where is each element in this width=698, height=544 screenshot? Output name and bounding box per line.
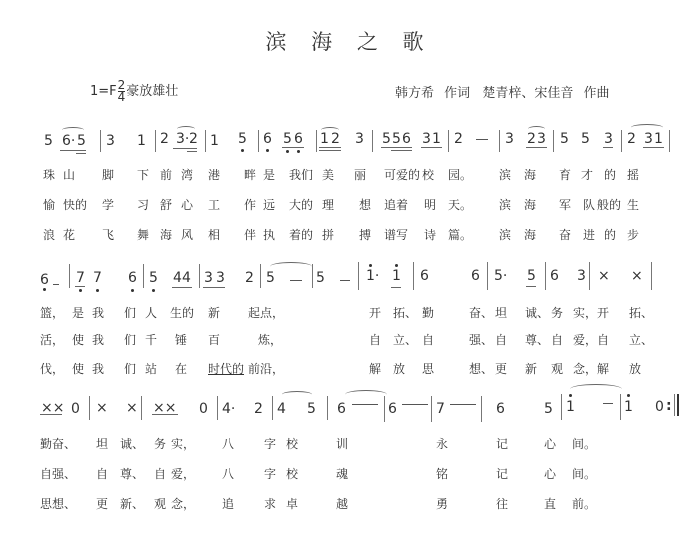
- composer-names: 楚青梓、宋佳音: [482, 86, 573, 101]
- lyric: 勤: [422, 304, 434, 321]
- lyric: 脚: [102, 166, 114, 183]
- lyric: 卓: [286, 495, 298, 512]
- lyric: 自: [369, 331, 381, 348]
- lyric: 着的: [289, 226, 313, 243]
- barline: [312, 264, 313, 288]
- lyric: 记: [496, 465, 508, 482]
- note: 1: [624, 399, 633, 415]
- underline: [526, 286, 536, 287]
- lyric: 滨: [499, 166, 511, 183]
- note: 0: [655, 399, 664, 415]
- note: 1: [566, 399, 575, 415]
- note: 5: [283, 131, 292, 147]
- lyric: 下: [137, 166, 149, 183]
- note: 5: [527, 268, 536, 284]
- note: 5: [560, 131, 569, 147]
- lyric: 奋: [559, 226, 571, 243]
- lyric: 千: [145, 331, 157, 348]
- sustain-dash: [290, 280, 302, 281]
- lyric: 八: [222, 435, 234, 452]
- high-octave-dot: [395, 264, 398, 267]
- lyric: 海: [160, 226, 172, 243]
- barline: [545, 262, 546, 290]
- lyric: 尊、: [120, 465, 144, 482]
- note: 4: [277, 401, 286, 417]
- high-octave-dot: [569, 394, 572, 397]
- note: 4: [182, 270, 191, 286]
- lyric: 花: [63, 226, 75, 243]
- lyric: 铭: [436, 465, 448, 482]
- lyric: 的: [604, 166, 616, 183]
- lyric: 心: [181, 196, 193, 213]
- lyric: 观: [551, 360, 563, 377]
- lyric: 前: [160, 166, 172, 183]
- lyric: 伴: [244, 226, 256, 243]
- lyric: 远: [263, 196, 275, 213]
- note: 2: [454, 131, 463, 147]
- note: ×: [96, 400, 108, 416]
- lyric: 们: [124, 360, 136, 377]
- lyric: 念，: [573, 360, 597, 377]
- underline: [391, 287, 401, 288]
- lyric: 舒: [160, 196, 172, 213]
- note: 3·: [176, 131, 189, 147]
- lyric: 我: [92, 331, 104, 348]
- lyric: 在: [175, 360, 187, 377]
- underline: [173, 148, 197, 149]
- note: 1: [432, 131, 441, 147]
- barline: [205, 130, 206, 152]
- barline: [100, 130, 101, 152]
- underline: [282, 147, 304, 148]
- note: 1: [137, 133, 146, 149]
- lyric: 工: [208, 196, 220, 213]
- note: 0: [199, 401, 208, 417]
- lyric: 我们: [289, 166, 313, 183]
- lyric: 越: [336, 495, 348, 512]
- lyric: 天。: [448, 196, 472, 213]
- sustain-dash: [476, 139, 488, 140]
- note: 6: [128, 270, 137, 286]
- lyric: 炼，: [258, 331, 282, 348]
- note: 5: [392, 131, 401, 147]
- note: 7: [76, 270, 85, 286]
- barline: [487, 262, 488, 290]
- lyric: 字: [264, 465, 276, 482]
- note: 2: [245, 270, 254, 286]
- lyric: 坦: [495, 304, 507, 321]
- lyric: 我: [92, 304, 104, 321]
- lyric: 执: [263, 226, 275, 243]
- note: 2: [527, 131, 536, 147]
- note: 5: [266, 270, 275, 286]
- lyric: 直: [544, 495, 556, 512]
- lyric: 才: [581, 166, 593, 183]
- underline: [203, 287, 225, 288]
- lyric: 永: [436, 435, 448, 452]
- lyric: 大的: [289, 196, 313, 213]
- note: 2: [331, 131, 340, 147]
- lyric: 使: [72, 331, 84, 348]
- lyric: 坦: [96, 435, 108, 452]
- barline: [358, 262, 359, 290]
- slur: [631, 124, 663, 131]
- lyric: 校: [286, 465, 298, 482]
- lyric: 思想、: [40, 495, 76, 512]
- note: 3: [577, 268, 586, 284]
- lyric: 想: [359, 196, 371, 213]
- lyric: 是: [72, 304, 84, 321]
- tie: [345, 390, 387, 399]
- lyric: 思: [422, 360, 434, 377]
- note: 3: [106, 133, 115, 149]
- sustain-dash: [402, 404, 428, 405]
- lyric: 锤: [175, 331, 187, 348]
- note: 6: [496, 401, 505, 417]
- lyric: 立、: [393, 331, 417, 348]
- lyric: 务: [154, 435, 166, 452]
- lyric: 校: [286, 435, 298, 452]
- lyric: 谱写: [384, 226, 408, 243]
- lyric: 浪: [43, 226, 55, 243]
- lyric: 们: [124, 304, 136, 321]
- lyric: 开: [597, 304, 609, 321]
- barline: [651, 262, 652, 290]
- lyric: 新、: [120, 495, 144, 512]
- note: 0: [71, 401, 80, 417]
- lyric: 观: [154, 495, 166, 512]
- lyric: 篮，: [40, 304, 64, 321]
- lyric: 滨: [499, 196, 511, 213]
- lyric: 百: [208, 331, 220, 348]
- lyric: 风: [181, 226, 193, 243]
- barline: [89, 396, 90, 420]
- note: 5: [382, 131, 391, 147]
- lyric: 勇: [436, 495, 448, 512]
- lyric: 记: [496, 435, 508, 452]
- lyric: 快的: [63, 196, 87, 213]
- lyric: 往: [496, 495, 508, 512]
- lyric: 步: [627, 226, 639, 243]
- underline: [603, 147, 613, 148]
- note: 5: [238, 131, 247, 147]
- lyric: 前沿，: [248, 360, 284, 377]
- lyric: 使: [72, 360, 84, 377]
- lyric: 爱，: [573, 331, 597, 348]
- note: 3: [604, 131, 613, 147]
- barline: [372, 130, 373, 152]
- slur: [177, 126, 195, 132]
- barline: [561, 394, 562, 420]
- barline: [431, 396, 432, 422]
- note: 3: [355, 131, 364, 147]
- low-octave-dot: [241, 149, 244, 152]
- time-signature: 24: [118, 80, 126, 103]
- sustain-dash: [603, 403, 613, 404]
- lyric: 间。: [572, 435, 596, 452]
- lyric: 港: [208, 166, 220, 183]
- lyric: 海: [524, 196, 536, 213]
- lyric: 伐，: [40, 360, 64, 377]
- low-octave-dot: [96, 289, 99, 292]
- barline: [620, 394, 621, 420]
- lyric: 更: [96, 495, 108, 512]
- slur: [321, 127, 339, 133]
- barline: [141, 396, 142, 420]
- lyric: 海: [524, 226, 536, 243]
- note: 3: [422, 131, 431, 147]
- note: 7: [436, 401, 445, 417]
- barline: [258, 130, 259, 152]
- underline: [152, 414, 178, 415]
- repeat-barline-thick: [677, 394, 679, 416]
- barline: [499, 130, 500, 152]
- lyric: 间。: [572, 465, 596, 482]
- barline: [621, 130, 622, 152]
- lyric: 拓、: [393, 304, 417, 321]
- barline: [448, 130, 449, 152]
- underline: [391, 150, 412, 151]
- lyric: 山: [63, 166, 75, 183]
- lyric: 心: [544, 435, 556, 452]
- lyricist-name: 韩方希: [395, 86, 434, 101]
- note: 6: [550, 268, 559, 284]
- barline: [199, 264, 200, 288]
- underline: [526, 147, 547, 148]
- lyric: 生: [627, 196, 639, 213]
- lyric: 海: [524, 166, 536, 183]
- note: 5: [316, 270, 325, 286]
- note: 5: [307, 401, 316, 417]
- low-octave-dot: [131, 289, 134, 292]
- note: 6: [263, 131, 272, 147]
- slur: [528, 126, 545, 132]
- lyric: 们: [124, 331, 136, 348]
- note: 3: [537, 131, 546, 147]
- lyric: 放: [629, 360, 641, 377]
- lyric: 务: [551, 304, 563, 321]
- lyric: 丽: [354, 166, 366, 183]
- note: 6: [294, 131, 303, 147]
- repeat-colon: :: [666, 398, 672, 414]
- note: 6·: [62, 133, 75, 149]
- lyric: 进: [583, 226, 595, 243]
- high-octave-dot: [369, 264, 372, 267]
- lyric: 美: [322, 166, 334, 183]
- tie: [570, 384, 622, 394]
- lyric: 自: [551, 331, 563, 348]
- barline: [553, 130, 554, 152]
- lyricist-role: 作词: [444, 86, 470, 101]
- lyric: 愉: [43, 196, 55, 213]
- lyric: 起点，: [248, 304, 284, 321]
- composer-role: 作曲: [583, 86, 609, 101]
- note: 6: [471, 268, 480, 284]
- barline: [143, 264, 144, 288]
- lyric: 园。: [448, 166, 472, 183]
- note: 5: [581, 131, 590, 147]
- underline: [643, 147, 664, 148]
- lyric: 字: [264, 435, 276, 452]
- note: 4: [173, 270, 182, 286]
- barline: [327, 396, 328, 420]
- low-octave-dot: [286, 150, 289, 153]
- barline: [481, 396, 482, 422]
- lyric: 前。: [572, 495, 596, 512]
- lyric: 校: [422, 166, 434, 183]
- lyric: 般的: [597, 196, 621, 213]
- underline: [319, 147, 341, 148]
- lyric: 追: [222, 495, 234, 512]
- lyric: 更: [495, 360, 507, 377]
- note: 3: [216, 270, 225, 286]
- lyric: 人: [145, 304, 157, 321]
- lyric: 作: [244, 196, 256, 213]
- note: 2: [627, 131, 636, 147]
- barline: [413, 262, 414, 290]
- barline: [69, 264, 70, 288]
- underline: [60, 150, 86, 151]
- note: 1·: [366, 268, 379, 284]
- lyric: 自: [422, 331, 434, 348]
- barline: [384, 396, 385, 422]
- underline: [421, 147, 442, 148]
- note: 7: [93, 270, 102, 286]
- lyric: 奋、: [469, 304, 493, 321]
- lyric: 队: [583, 196, 595, 213]
- note: 1: [320, 131, 329, 147]
- lyric: 强、: [469, 331, 493, 348]
- low-octave-dot: [297, 150, 300, 153]
- lyric: 学: [102, 196, 114, 213]
- lyric: 习: [137, 196, 149, 213]
- lyric: 自: [495, 331, 507, 348]
- lyric: 搏: [359, 226, 371, 243]
- underline: [76, 153, 86, 154]
- low-octave-dot: [43, 288, 46, 291]
- lyric: 时代的: [208, 360, 244, 377]
- underline: [75, 286, 85, 287]
- lyric: 放: [393, 360, 405, 377]
- note: 5: [149, 270, 158, 286]
- lyric: 是: [263, 166, 275, 183]
- low-octave-dot: [152, 289, 155, 292]
- lyric: 新: [525, 360, 537, 377]
- lyric: 实，: [171, 435, 195, 452]
- note: ×: [126, 400, 138, 416]
- tempo-marking: 豪放雄壮: [126, 84, 178, 99]
- lyric: 军: [559, 196, 571, 213]
- sustain-dash: [340, 280, 350, 281]
- note: 5: [44, 133, 53, 149]
- note: 3: [204, 270, 213, 286]
- key-prefix: 1=F: [90, 84, 117, 99]
- lyric: 明: [424, 196, 436, 213]
- sustain-dash: [450, 404, 476, 405]
- note: 5: [544, 401, 553, 417]
- underline: [187, 151, 197, 152]
- lyric: 新: [208, 304, 220, 321]
- lyric: 求: [264, 495, 276, 512]
- lyric: 拓、: [629, 304, 653, 321]
- underline: [319, 150, 341, 151]
- key-signature: 1=F24豪放雄壮: [90, 80, 178, 103]
- lyric: 滨: [499, 226, 511, 243]
- lyric: 八: [222, 465, 234, 482]
- lyric: 解: [597, 360, 609, 377]
- note: 1: [392, 268, 401, 284]
- lyric: 生的: [170, 304, 194, 321]
- note: 1: [210, 133, 219, 149]
- note: 6: [337, 401, 346, 417]
- note: ×: [598, 268, 610, 284]
- lyric: 自: [597, 331, 609, 348]
- lyric: 心: [544, 465, 556, 482]
- note: 6: [420, 268, 429, 284]
- lyric: 珠: [43, 166, 55, 183]
- lyric: 拼: [322, 226, 334, 243]
- slur: [62, 127, 84, 133]
- barline: [316, 130, 317, 152]
- credits: 韩方希 作词 楚青梓、宋佳音 作曲: [395, 82, 609, 101]
- note: 4·: [222, 401, 235, 417]
- barline: [589, 262, 590, 290]
- lyric: 实，: [573, 304, 597, 321]
- time-denominator: 4: [118, 92, 126, 103]
- lyric: 篇。: [448, 226, 472, 243]
- note: 6: [402, 131, 411, 147]
- underline: [172, 287, 192, 288]
- barline: [155, 130, 156, 152]
- lyric: 勤奋、: [40, 435, 76, 452]
- lyric: 理: [322, 196, 334, 213]
- lyric: 我: [92, 360, 104, 377]
- repeat-barline-thin: [674, 394, 675, 416]
- sustain-dash: [53, 284, 59, 285]
- lyric: 爱，: [171, 465, 195, 482]
- lyric: 自强、: [40, 465, 76, 482]
- lyric: 诚、: [525, 304, 549, 321]
- note: 2: [160, 131, 169, 147]
- note: 3: [505, 131, 514, 147]
- note: 5·: [494, 268, 507, 284]
- lyric: 自: [96, 465, 108, 482]
- lyric: 摇: [627, 166, 639, 183]
- note: 1: [654, 131, 663, 147]
- lyric: 尊、: [525, 331, 549, 348]
- note: 2: [189, 131, 198, 147]
- lyric: 诚、: [120, 435, 144, 452]
- lyric: 念，: [171, 495, 195, 512]
- lyric: 相: [208, 226, 220, 243]
- lyric: 诗: [424, 226, 436, 243]
- low-octave-dot: [266, 149, 269, 152]
- tie: [270, 262, 312, 271]
- lyric: 自: [154, 465, 166, 482]
- barline: [272, 396, 273, 420]
- song-title: 滨 海 之 歌: [0, 26, 698, 56]
- lyric: 育: [559, 166, 571, 183]
- note: ×: [631, 268, 643, 284]
- note: 6: [40, 272, 49, 288]
- lyric: 解: [369, 360, 381, 377]
- lyric: 畔: [244, 166, 256, 183]
- barline: [217, 396, 218, 420]
- lyric: 立、: [629, 331, 653, 348]
- note: 3: [644, 131, 653, 147]
- barline: [260, 264, 261, 288]
- barline: [669, 130, 670, 152]
